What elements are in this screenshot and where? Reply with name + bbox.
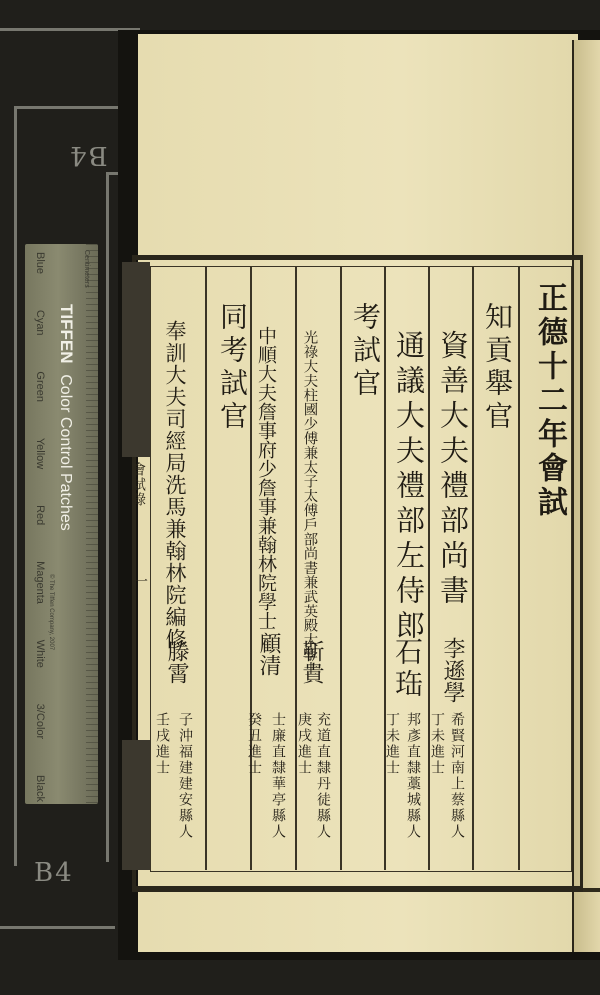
official-degree: 癸丑進士: [247, 712, 261, 776]
patch-label: Black: [34, 775, 46, 802]
official-title: 奉訓大夫司經局洗馬兼翰林院編修: [164, 320, 185, 650]
board-line: [14, 106, 17, 866]
patch-label: Yellow: [34, 438, 46, 469]
board-line: [106, 172, 109, 862]
official-origin: 子沖福建建安縣人: [178, 712, 192, 840]
column-rule: [518, 266, 520, 870]
official-degree: 丁未進士: [430, 712, 444, 776]
column-rule: [205, 266, 207, 870]
brand-name: TIFFEN: [57, 304, 76, 364]
page-number: 一: [130, 574, 150, 588]
official-name: 石珤: [393, 637, 421, 701]
patch-label: Green: [34, 371, 46, 402]
official-degree: 壬戌進士: [155, 712, 169, 776]
patch-label: Blue: [34, 252, 46, 274]
official-title: 通議大夫禮部左侍郎: [389, 330, 430, 645]
color-control-strip: Centimeters TIFFEN Color Control Patches…: [25, 244, 98, 804]
patch-label: 3/Color: [34, 704, 46, 739]
ruler-unit-label: Centimeters: [83, 250, 90, 288]
fishtail-label: 會試錄: [128, 462, 148, 507]
patch-labels: Blue Cyan Green Yellow Red Magenta White…: [34, 252, 46, 802]
ruler-ticks: [86, 244, 98, 804]
column-rule: [340, 266, 342, 870]
official-title: 光祿大夫柱國少傅兼太子太傅戶部尚書兼武英殿大學士: [302, 330, 316, 676]
official-name: 顧清: [257, 632, 279, 676]
official-origin: 希賢河南上蔡縣人: [450, 712, 464, 840]
next-page-frame: [580, 268, 600, 892]
patch-label: Magenta: [34, 561, 46, 604]
official-origin: 邦彥直隸藁城縣人: [406, 712, 420, 840]
patch-label: White: [34, 640, 46, 668]
fishtail-column: 會試錄 一: [122, 262, 150, 876]
official-origin: 充道直隸丹徒縣人: [316, 712, 330, 840]
section-heading: 知貢舉官: [477, 302, 517, 434]
patch-label: Cyan: [34, 310, 46, 336]
official-origin: 士廉直隸華亭縣人: [271, 712, 285, 840]
official-name: 靳貴: [300, 640, 322, 684]
official-title: 中順大夫詹事府少詹事兼翰林院學士: [256, 326, 275, 630]
section-heading: 考試官: [345, 302, 385, 401]
official-name: 李遜學: [441, 637, 463, 703]
patch-label: Red: [34, 505, 46, 525]
official-name: 滕霄: [165, 640, 187, 684]
official-degree: 庚戌進士: [297, 712, 311, 776]
strip-copyright: © The Tiffen Company, 2007: [48, 574, 54, 650]
column-rule: [295, 266, 297, 870]
fishtail-black-bottom: [122, 740, 150, 870]
section-heading: 同考試官: [212, 302, 252, 434]
board-label-bottom: B4: [34, 858, 74, 888]
strip-brand: TIFFEN Color Control Patches: [56, 304, 76, 531]
official-title: 資善大夫禮部尚書: [433, 330, 474, 610]
document-title: 正德十二年會試: [527, 282, 571, 520]
strip-title: Color Control Patches: [57, 374, 74, 531]
official-degree: 丁未進士: [385, 712, 399, 776]
fishtail-black-top: [122, 262, 150, 457]
board-line: [0, 926, 115, 929]
board-label-top: B4: [68, 140, 108, 170]
